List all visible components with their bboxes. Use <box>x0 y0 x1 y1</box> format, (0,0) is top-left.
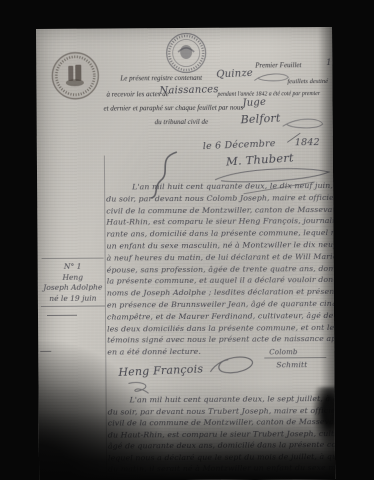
register-count-handwritten: Quinze <box>216 68 253 81</box>
act-type-handwritten: Naissances <box>159 84 218 96</box>
act-line: champêtre, et de Maurer Ferdinand, culti… <box>107 310 335 323</box>
witness-signature-1: Colomb <box>269 348 297 356</box>
register-line-2b: pendant l'année 1842 a été coté par prem… <box>217 91 320 98</box>
embossed-seal-icon <box>49 50 101 102</box>
margin-act-number: N° 1 <box>42 262 104 273</box>
register-line-3a: et dernier et paraphé sur chaque feuille… <box>104 104 244 113</box>
act-line: à neuf heures du matin, de lui déclarant… <box>107 251 336 264</box>
margin-given-names: Joseph Adolphe <box>42 283 104 294</box>
witness-signature-2: Schmitt <box>276 360 307 369</box>
judge-role-handwritten: Juge <box>242 97 266 109</box>
paper-sheet: Premier Feuillet 1 Le présent registre c… <box>36 27 335 480</box>
sheet-label: Premier Feuillet <box>255 61 301 69</box>
margin-birth-date: né le 19 juin <box>42 293 104 304</box>
official-round-stamp-icon <box>165 32 207 74</box>
margin-rule <box>41 306 105 307</box>
act-line: du soir, par devant nous Colomb Joseph, … <box>106 192 335 205</box>
scan-shadow-bottom <box>38 383 335 480</box>
tribunal-city-handwritten: Belfort <box>240 112 280 127</box>
act1-body: L'an mil huit cent quarante deux, le dix… <box>106 180 335 359</box>
margin-rule <box>42 258 104 259</box>
signature-rule <box>264 357 326 358</box>
margin-surname: Heng <box>42 272 104 283</box>
margin-note: N° 1 Heng Joseph Adolphe né le 19 juin <box>42 262 104 304</box>
register-line-1a: Le présent registre contenant <box>120 74 202 83</box>
mayor-signature-flourish-icon <box>206 351 258 379</box>
cote-year-handwritten: 1842 <box>295 137 320 148</box>
cote-date-handwritten: le 6 Décembre <box>203 138 276 152</box>
register-line-4a: du tribunal civil de <box>155 118 209 126</box>
margin-dash <box>47 315 77 316</box>
scanned-register-page: Premier Feuillet 1 Le présent registre c… <box>0 0 374 480</box>
